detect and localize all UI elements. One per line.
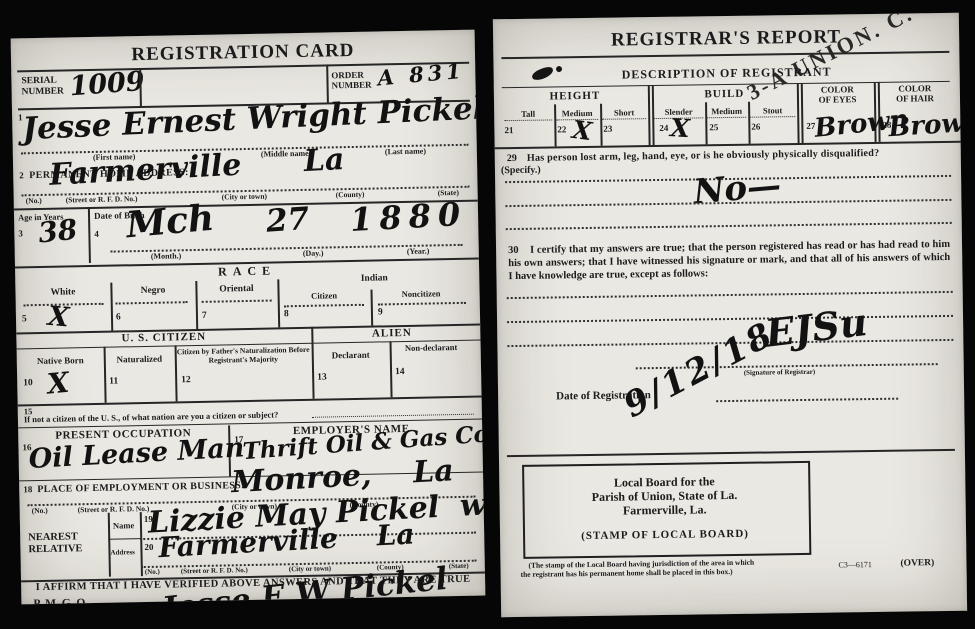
- race-oriental-label: Oriental: [195, 283, 277, 295]
- field-number: 21: [504, 125, 513, 135]
- scanned-draft-card: { "colors": { "background": "#060606", "…: [0, 0, 975, 629]
- nearest-relative-label: RELATIVE: [28, 543, 82, 555]
- dob-month-value: Mch: [125, 200, 216, 244]
- divider: [277, 279, 279, 327]
- dotted-line: [507, 291, 953, 299]
- rule: [18, 396, 482, 406]
- nearest-relative-label: NEAREST: [28, 531, 78, 543]
- month-sublabel: (Month.): [151, 251, 182, 261]
- form-office-label: P. M. G. O.: [33, 597, 88, 604]
- registrant-name-value: Jesse Ernest Wright Pickel: [22, 93, 485, 145]
- address-sublabel: (City or town): [222, 192, 267, 202]
- address-sublabel: (No.): [26, 196, 42, 205]
- race-indian-noncitizen-label: Noncitizen: [370, 288, 471, 300]
- dotted-line: [716, 398, 898, 403]
- build-stout-label: Stout: [748, 105, 797, 116]
- dotted-line: [116, 301, 188, 304]
- last-name-label: (Last name): [385, 147, 426, 157]
- color-of-eyes-header: COLOR OF EYES: [801, 84, 874, 106]
- field-number: 25: [709, 122, 718, 132]
- field-number: 4: [94, 229, 99, 239]
- over-label: (OVER): [900, 558, 934, 568]
- declarant-label: Declarant: [312, 349, 390, 360]
- registration-card: REGISTRATION CARD SERIAL NUMBER 1009 ORD…: [11, 30, 486, 605]
- field-number: 7: [202, 311, 207, 321]
- non-declarant-label: Non-declarant: [390, 343, 473, 354]
- field-number: 26: [751, 122, 760, 132]
- q29-specify-label: (Specify.): [501, 165, 541, 177]
- q29-question-text: Has person lost arm, leg, hand, eye, or …: [527, 148, 880, 164]
- order-number-value: A 831: [377, 60, 466, 89]
- registrars-report-card: REGISTRAR'S REPORT 3-A UNION. C. DESCRIP…: [493, 13, 967, 617]
- field-number: 3: [18, 228, 23, 238]
- field-number: 11: [109, 377, 118, 387]
- place-sublabel: (No.): [32, 506, 48, 515]
- rule: [507, 449, 955, 457]
- alien-header: ALIEN: [311, 326, 472, 341]
- relative-sublabel: (State): [449, 562, 469, 570]
- registrar-signature-label: (Signature of Registrar): [744, 368, 816, 377]
- color-of-hair-header: COLOR OF HAIR: [878, 83, 952, 105]
- race-white-label: White: [15, 287, 110, 299]
- dotted-line: [707, 117, 746, 119]
- field-number: 8: [284, 309, 289, 319]
- build-header: BUILD: [652, 87, 797, 101]
- dotted-line: [378, 302, 466, 306]
- dob-year-value: 1880: [349, 198, 468, 236]
- hair-color-value: Brown: [888, 109, 968, 141]
- day-sublabel: (Day.): [303, 249, 324, 258]
- field-number: 13: [317, 373, 327, 383]
- dotted-line: [284, 304, 364, 308]
- field-number: 23: [603, 124, 612, 134]
- field-number: 20: [144, 542, 153, 552]
- dotted-line: [504, 119, 552, 121]
- divider: [88, 207, 91, 263]
- rule: [108, 538, 140, 540]
- q30-certification-text: I certify that my answers are true; that…: [508, 239, 950, 284]
- field-number: 18: [23, 484, 32, 494]
- order-number-label: ORDER NUMBER: [331, 70, 371, 91]
- field-number: 9: [378, 307, 383, 317]
- relative-sublabel: (Street or R. F. D. No.): [181, 566, 248, 575]
- height-short-label: Short: [600, 107, 648, 118]
- field-number: 22: [557, 124, 566, 134]
- address-sublabel: (Street or R. F. D. No.): [66, 194, 138, 204]
- dotted-line: [202, 300, 272, 303]
- race-indian-citizen-label: Citizen: [278, 290, 371, 302]
- dotted-line: [602, 118, 646, 120]
- dotted-line: [750, 116, 795, 118]
- citizen-by-father-label: Citizen by Father's Naturalization Befor…: [177, 346, 310, 366]
- divider: [108, 513, 111, 577]
- field-number: 10: [23, 378, 33, 388]
- relative-name-label: Name: [113, 520, 134, 530]
- dotted-line: [507, 315, 953, 323]
- address-sublabel: (County): [336, 190, 365, 200]
- age-value: 38: [37, 216, 79, 248]
- relative-address-label: Address: [110, 548, 135, 556]
- rule: [495, 141, 961, 149]
- dotted-line: [312, 414, 474, 418]
- field-number: 5: [22, 314, 27, 324]
- build-slender-checkmark: X: [670, 115, 691, 141]
- naturalized-label: Naturalized: [104, 353, 175, 364]
- field-number: 12: [181, 375, 191, 385]
- serial-number-value: 1009: [69, 68, 146, 100]
- dotted-line: [506, 222, 952, 230]
- race-white-checkmark: X: [47, 303, 70, 332]
- nation-question-label: If not a citizen of the U. S., of what n…: [24, 409, 279, 424]
- place-of-employment-label: PLACE OF EMPLOYMENT OR BUSINESS:: [37, 480, 245, 495]
- build-medium-label: Medium: [705, 106, 748, 117]
- dob-day-value: 27: [265, 204, 310, 238]
- place-sublabel: (Street or R. F. D. No.): [78, 504, 150, 514]
- print-code-label: C3—6171: [838, 560, 871, 569]
- field-number: 14: [395, 367, 405, 377]
- field-number: 29: [507, 153, 517, 164]
- field-number: 6: [116, 312, 121, 322]
- race-negro-label: Negro: [110, 285, 195, 297]
- field-number: 2: [19, 170, 24, 180]
- relative-sublabel: (No.): [145, 568, 160, 576]
- height-tall-label: Tall: [502, 108, 554, 119]
- native-born-checkmark: X: [46, 369, 70, 399]
- relative-sublabel: (City or town): [289, 564, 331, 573]
- year-sublabel: (Year.): [407, 247, 430, 256]
- serial-number-label: SERIAL NUMBER: [21, 75, 64, 98]
- field-number: 24: [659, 123, 668, 133]
- height-medium-checkmark: X: [571, 117, 593, 144]
- board-footnote-line: the registrant has his permanent home sh…: [521, 567, 733, 579]
- height-header: HEIGHT: [502, 89, 648, 103]
- native-born-label: Native Born: [17, 355, 104, 367]
